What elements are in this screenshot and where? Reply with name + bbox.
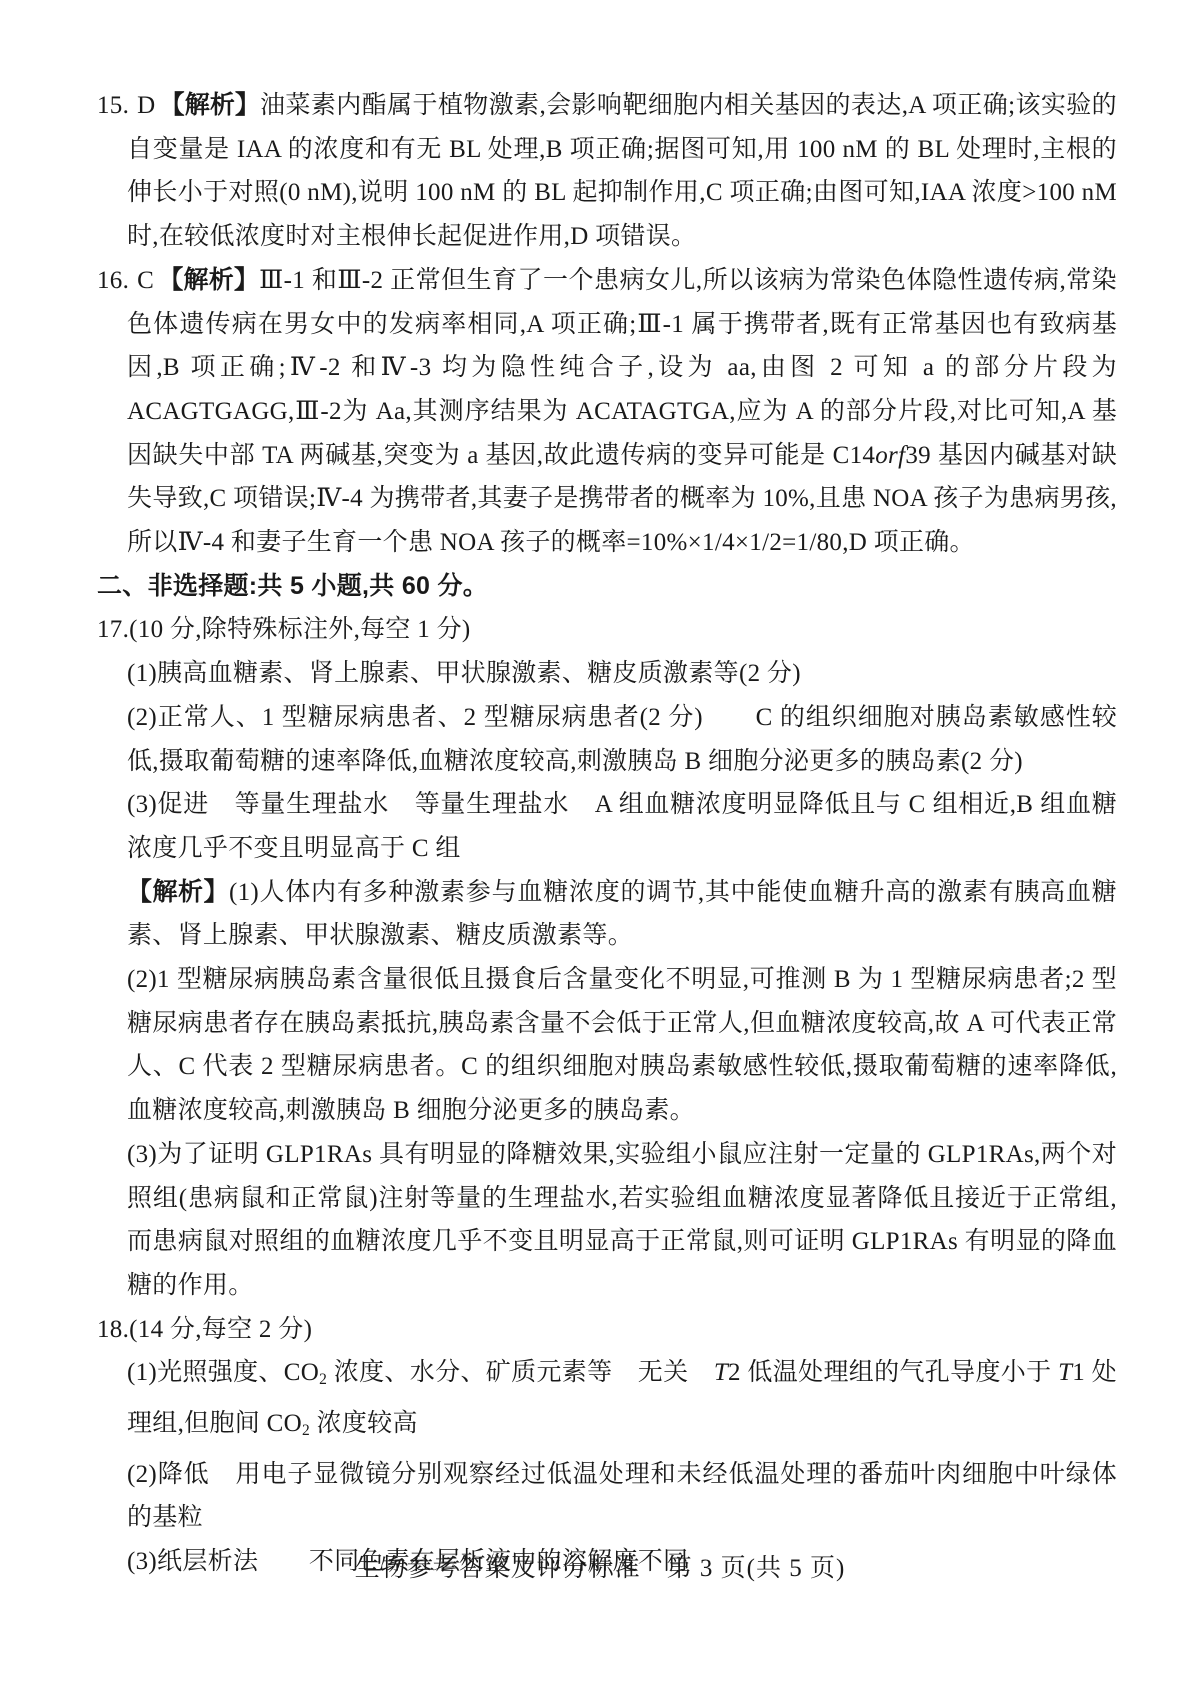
question-16-analysis-text: Ⅲ-1 和Ⅲ-2 正常但生育了一个患病女儿,所以该病为常染色体隐性遗传病,常染色… (127, 267, 1117, 556)
item-16-analysis: 16.C【解析】Ⅲ-1 和Ⅲ-2 正常但生育了一个患病女儿,所以该病为常染色体隐… (97, 259, 1117, 565)
analysis-label-16: 【解析】 (158, 267, 259, 294)
analysis-label-15: 【解析】 (160, 92, 261, 119)
analysis-label-17: 【解析】 (127, 879, 229, 906)
question-18-answer-1: (1)光照强度、CO2 浓度、水分、矿质元素等 无关 T2 低温处理组的气孔导度… (97, 1351, 1117, 1452)
question-17-answer-2: (2)正常人、1 型糖尿病患者、2 型糖尿病患者(2 分) C 的组织细胞对胰岛… (97, 696, 1117, 783)
item-15-analysis: 15.D【解析】油菜素内酯属于植物激素,会影响靶细胞内相关基因的表达,A 项正确… (97, 84, 1117, 259)
question-17-answer-1: (1)胰高血糖素、肾上腺素、甲状腺激素、糖皮质激素等(2 分) (97, 652, 1117, 696)
document-page: 15.D【解析】油菜素内酯属于植物激素,会影响靶细胞内相关基因的表达,A 项正确… (0, 0, 1200, 1687)
item-17-heading: 17.(10 分,除特殊标注外,每空 1 分) (97, 608, 1117, 652)
question-16-number: 16. (97, 267, 129, 294)
question-17-analysis-1: 【解析】(1)人体内有多种激素参与血糖浓度的调节,其中能使血糖升高的激素有胰高血… (97, 871, 1117, 958)
question-16-answer: C (137, 267, 154, 294)
question-17-number: 17. (97, 616, 129, 643)
question-18-number: 18. (97, 1316, 129, 1343)
question-17-analysis-3: (3)为了证明 GLP1RAs 具有明显的降糖效果,实验组小鼠应注射一定量的 G… (97, 1133, 1117, 1308)
item-18-heading: 18.(14 分,每空 2 分) (97, 1308, 1117, 1352)
page-footer: 生物参考答案及评分标准 第 3 页(共 5 页) (0, 1548, 1200, 1584)
question-15-analysis-text: 油菜素内酯属于植物激素,会影响靶细胞内相关基因的表达,A 项正确;该实验的自变量… (127, 92, 1117, 250)
section-2-header: 二、非选择题:共 5 小题,共 60 分。 (97, 565, 1117, 609)
question-18-score-note: (14 分,每空 2 分) (129, 1316, 312, 1343)
question-17-answer-3: (3)促进 等量生理盐水 等量生理盐水 A 组血糖浓度明显降低且与 C 组相近,… (97, 783, 1117, 870)
question-15-number: 15. (97, 92, 129, 119)
question-17-analysis-2: (2)1 型糖尿病胰岛素含量很低且摄食后含量变化不明显,可推测 B 为 1 型糖… (97, 958, 1117, 1133)
question-17-score-note: (10 分,除特殊标注外,每空 1 分) (129, 616, 470, 643)
question-15-answer: D (137, 92, 155, 119)
question-18-answer-2: (2)降低 用电子显微镜分别观察经过低温处理和未经低温处理的番茄叶肉细胞中叶绿体… (97, 1453, 1117, 1540)
question-17-analysis-text-1: (1)人体内有多种激素参与血糖浓度的调节,其中能使血糖升高的激素有胰高血糖素、肾… (127, 879, 1117, 950)
answers-content: 15.D【解析】油菜素内酯属于植物激素,会影响靶细胞内相关基因的表达,A 项正确… (97, 84, 1117, 1584)
